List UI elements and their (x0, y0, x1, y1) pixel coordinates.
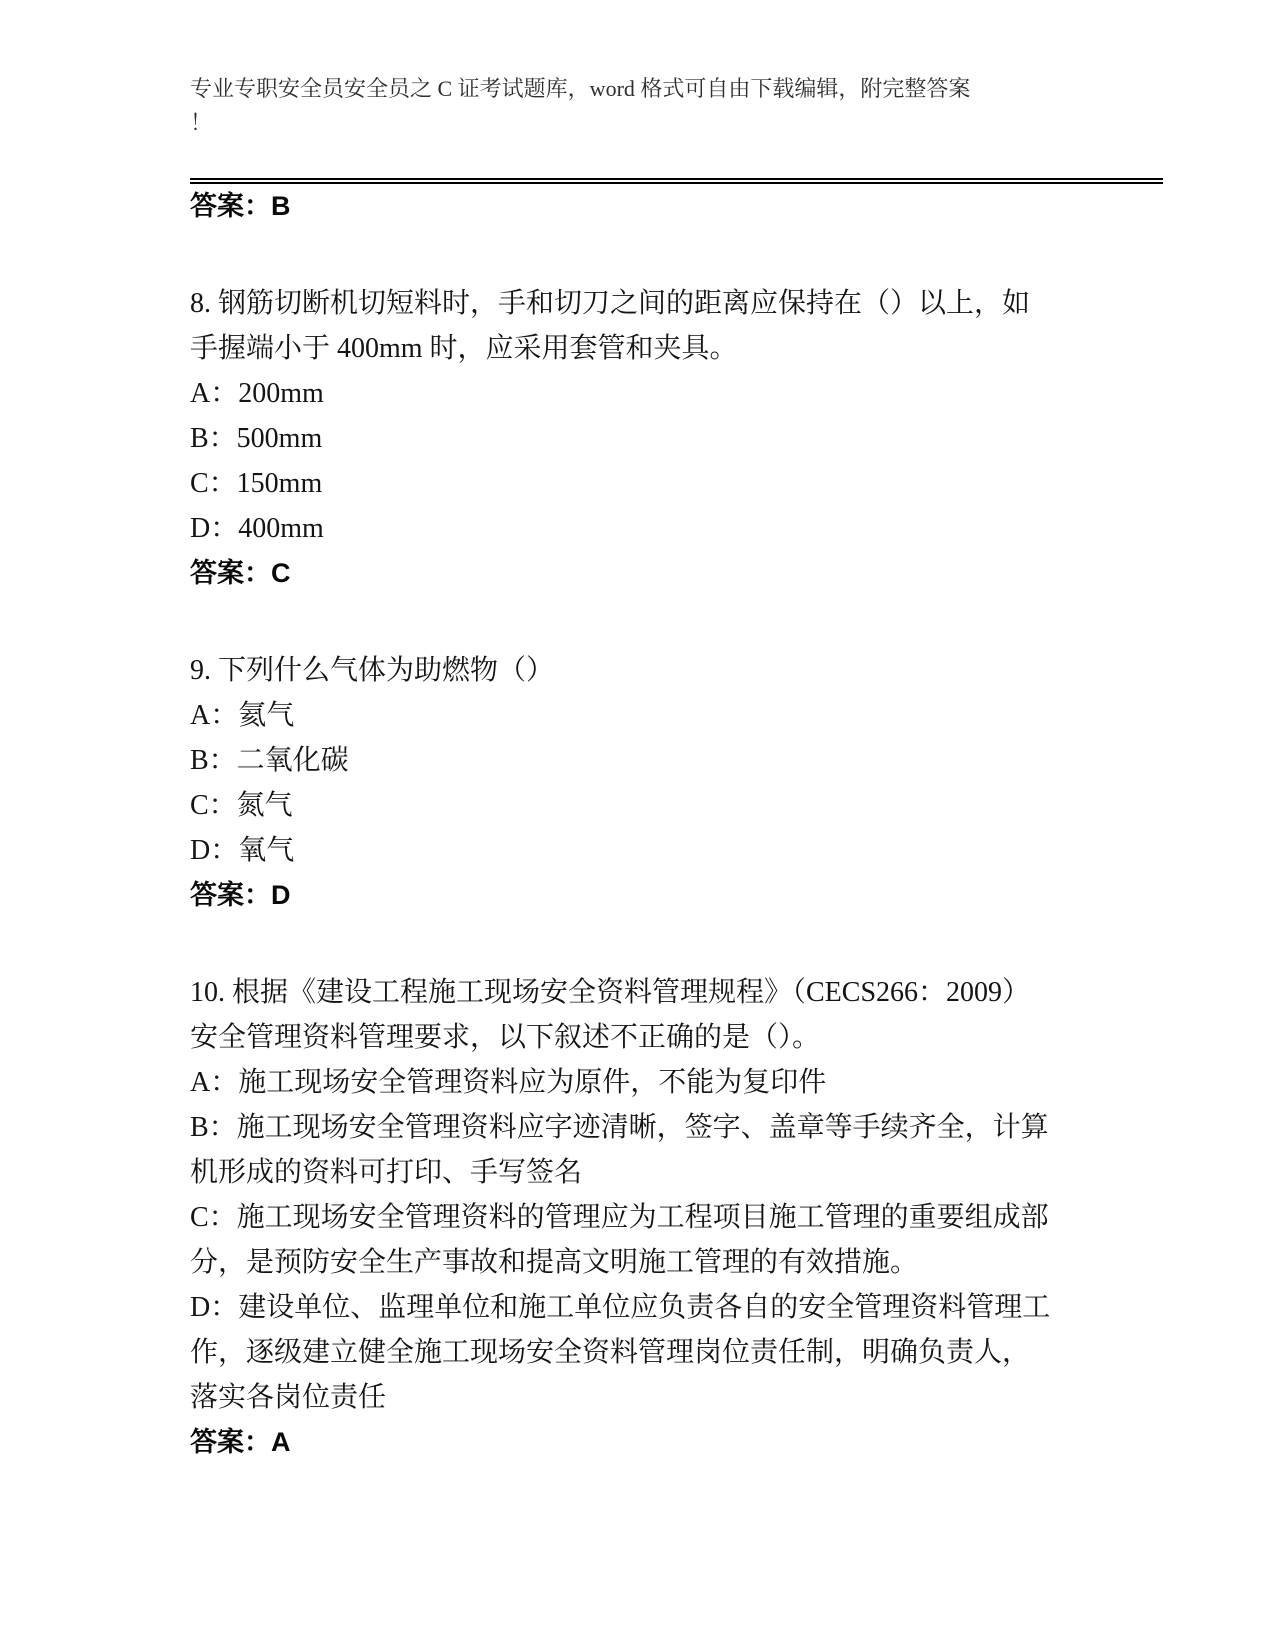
header-line-1: 专业专职安全员安全员之 C 证考试题库，word 格式可自由下载编辑，附完整答案 (190, 72, 1163, 106)
question-block: 9. 下列什么气体为助燃物（）A：氦气B：二氧化碳C：氮气D：氧气答案：D (190, 648, 1163, 918)
page-header: 专业专职安全员安全员之 C 证考试题库，word 格式可自由下载编辑，附完整答案… (190, 0, 1163, 140)
question-option-line: B：施工现场安全管理资料应字迹清晰，签字、盖章等手续齐全，计算 (190, 1105, 1163, 1150)
question-option-line: A：200mm (190, 371, 1163, 416)
question-stem-line: 9. 下列什么气体为助燃物（） (190, 648, 1163, 693)
question-stem-line: 8. 钢筋切断机切短料时，手和切刀之间的距离应保持在（）以上，如 (190, 281, 1163, 326)
question-option-line: B：500mm (190, 416, 1163, 461)
answer-line-previous-question: 答案：B (190, 184, 1163, 229)
questions-container: 8. 钢筋切断机切短料时，手和切刀之间的距离应保持在（）以上，如手握端小于 40… (190, 281, 1163, 1465)
question-stem-line: 手握端小于 400mm 时，应采用套管和夹具。 (190, 326, 1163, 371)
header-line-2: ！ (190, 106, 1163, 140)
question-answer: 答案：A (190, 1420, 1163, 1465)
question-stem-line: 10. 根据《建设工程施工现场安全资料管理规程》（CECS266：2009） (190, 970, 1163, 1015)
question-option-line: D：氧气 (190, 828, 1163, 873)
question-option-line: A：施工现场安全管理资料应为原件，不能为复印件 (190, 1060, 1163, 1105)
question-option-line: 机形成的资料可打印、手写签名 (190, 1150, 1163, 1195)
question-option-line: 分，是预防安全生产事故和提高文明施工管理的有效措施。 (190, 1240, 1163, 1285)
question-option-line: 作，逐级建立健全施工现场安全资料管理岗位责任制，明确负责人， (190, 1330, 1163, 1375)
question-block: 10. 根据《建设工程施工现场安全资料管理规程》（CECS266：2009）安全… (190, 970, 1163, 1465)
question-answer: 答案：C (190, 551, 1163, 596)
question-answer: 答案：D (190, 873, 1163, 918)
question-block: 8. 钢筋切断机切短料时，手和切刀之间的距离应保持在（）以上，如手握端小于 40… (190, 281, 1163, 596)
question-option-line: C：150mm (190, 461, 1163, 506)
question-option-line: D：建设单位、监理单位和施工单位应负责各自的安全管理资料管理工 (190, 1285, 1163, 1330)
question-option-line: A：氦气 (190, 693, 1163, 738)
question-option-line: C：施工现场安全管理资料的管理应为工程项目施工管理的重要组成部 (190, 1195, 1163, 1240)
question-option-line: B：二氧化碳 (190, 738, 1163, 783)
question-option-line: 落实各岗位责任 (190, 1375, 1163, 1420)
question-option-line: C：氮气 (190, 783, 1163, 828)
question-option-line: D：400mm (190, 506, 1163, 551)
document-page: 专业专职安全员安全员之 C 证考试题库，word 格式可自由下载编辑，附完整答案… (0, 0, 1275, 1650)
question-stem-line: 安全管理资料管理要求，以下叙述不正确的是（）。 (190, 1015, 1163, 1060)
